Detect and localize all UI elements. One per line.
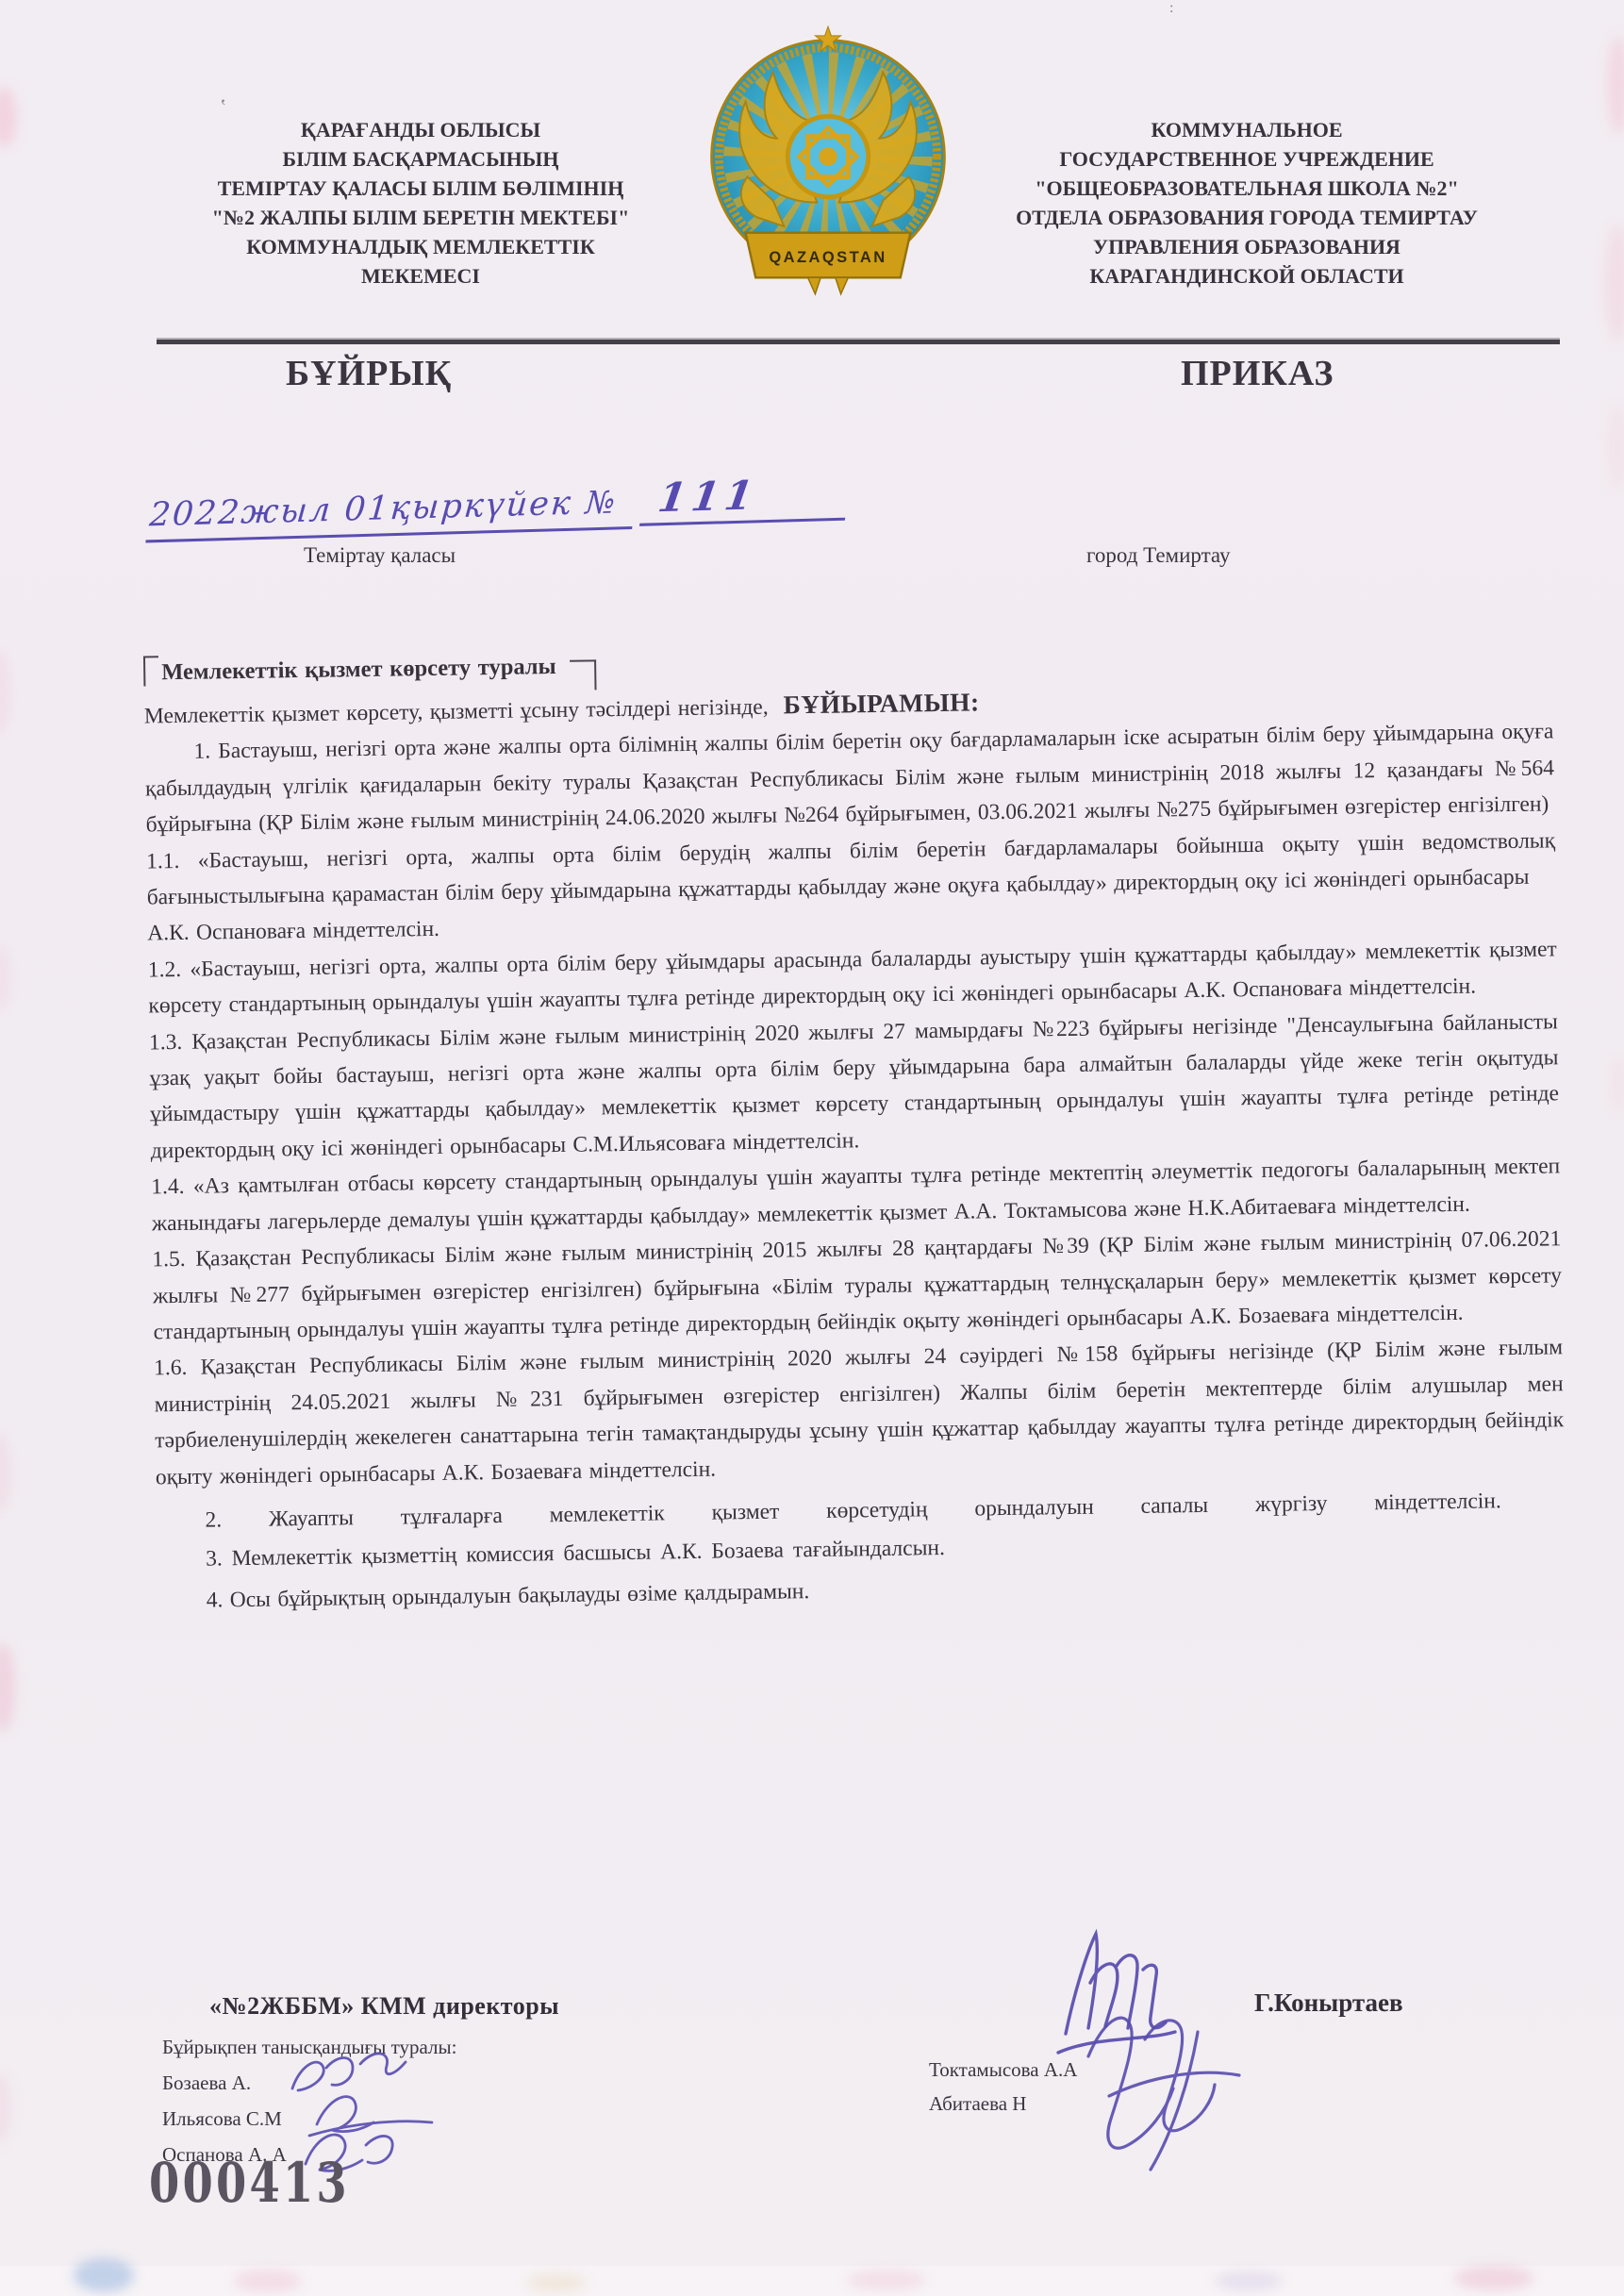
order-subject-text: Мемлекеттік қызмет көрсету туралы — [161, 654, 556, 685]
place-kazakh: Теміртау қаласы — [304, 543, 456, 568]
scan-artifact — [1607, 404, 1624, 491]
proofreading-mark-left — [143, 656, 158, 686]
resolve-word: БҰЙЫРАМЫН: — [783, 687, 980, 719]
ack-name: Ильясова С.М — [162, 2107, 282, 2131]
handwritten-order-number: 111 — [639, 470, 853, 526]
org-name-kk-line: "№2 ЖАЛПЫ БІЛІМ БЕРЕТІН МЕКТЕБІ" — [141, 203, 700, 232]
scan-speck: : — [1169, 0, 1173, 17]
org-name-ru-line: "ОБЩЕОБРАЗОВАТЕЛЬНАЯ ШКОЛА №2" — [941, 174, 1552, 203]
director-name: Г.Коныртаев — [1254, 1988, 1403, 2018]
date-text: 2022жыл 01қыркүйек — [148, 485, 573, 535]
scan-artifact — [0, 943, 11, 1011]
scan-artifact — [1607, 36, 1624, 134]
scan-artifact — [0, 87, 17, 147]
emblem-caption: QAZAQSTAN — [769, 249, 887, 266]
scanned-document-page: ҚАРАҒАНДЫ ОБЛЫСЫ БІЛІМ БАСҚАРМАСЫНЫҢ ТЕМ… — [0, 0, 1624, 2296]
org-name-kk-line: БІЛІМ БАСҚАРМАСЫНЫҢ — [141, 144, 700, 174]
org-name-ru-line: ГОСУДАРСТВЕННОЕ УЧРЕЖДЕНИЕ — [941, 144, 1552, 174]
scan-edge-band — [0, 2266, 1624, 2296]
order-paragraph: 1. Бастауыш, негізгі орта және жалпы орт… — [144, 714, 1555, 843]
order-paragraph: 1.5. Қазақстан Республикасы Білім және ғ… — [152, 1221, 1563, 1350]
ack-signature-right — [1054, 1998, 1281, 2177]
org-name-kk-line: ҚАРАҒАНДЫ ОБЛЫСЫ — [141, 115, 700, 144]
order-paragraph: 1.6. Қазақстан Республикасы Білім және ғ… — [154, 1330, 1565, 1496]
org-name-kk-line: ТЕМІРТАУ ҚАЛАСЫ БІЛІМ БӨЛІМІНІҢ — [141, 174, 700, 203]
proofreading-mark-right — [570, 659, 596, 690]
org-name-ru-line: КАРАГАНДИНСКОЙ ОБЛАСТИ — [941, 261, 1552, 291]
org-name-ru-line: УПРАВЛЕНИЯ ОБРАЗОВАНИЯ — [941, 232, 1552, 261]
org-name-kk-line: МЕКЕМЕСІ — [141, 261, 700, 291]
director-signature — [1045, 1922, 1234, 2121]
scan-artifact — [0, 1434, 11, 1513]
form-number-stamp: 000413 — [149, 2151, 350, 2215]
number-sign: № — [584, 483, 618, 521]
org-name-ru-line: КОММУНАЛЬНОЕ — [941, 115, 1552, 144]
ack-label: Бұйрықпен танысқандығы туралы: — [162, 2036, 456, 2059]
org-name-russian: КОММУНАЛЬНОЕ ГОСУДАРСТВЕННОЕ УЧРЕЖДЕНИЕ … — [941, 115, 1552, 291]
header-divider-line — [157, 340, 1560, 344]
document-title-russian: ПРИКАЗ — [1181, 353, 1334, 394]
order-paragraph: 1.3. Қазақстан Республикасы Білім және ғ… — [149, 1004, 1560, 1170]
org-name-ru-line: ОТДЕЛА ОБРАЗОВАНИЯ ГОРОДА ТЕМИРТАУ — [941, 203, 1552, 232]
director-position-label: «№2ЖББМ» КММ директоры — [209, 1992, 559, 2021]
place-russian: город Темиртау — [1086, 543, 1230, 568]
scan-artifact — [0, 1643, 15, 1732]
scan-artifact — [1605, 225, 1624, 341]
kazakhstan-emblem-icon: QAZAQSTAN — [700, 19, 956, 298]
preamble-text: Мемлекеттік қызмет көрсету, қызметті ұсы… — [144, 695, 769, 729]
org-name-kazakh: ҚАРАҒАНДЫ ОБЛЫСЫ БІЛІМ БАСҚАРМАСЫНЫҢ ТЕМ… — [141, 115, 700, 291]
document-title-kazakh: БҰЙРЫҚ — [286, 353, 452, 394]
order-body: Мемлекеттік қызмет көрсету туралы Мемлек… — [143, 634, 1566, 1619]
scan-speck: ‛ — [220, 94, 226, 119]
scan-artifact — [0, 2073, 11, 2143]
ack-name: Токтамысова А.А — [929, 2058, 1077, 2082]
ack-signature-ilyassova — [300, 2087, 441, 2141]
ack-name: Абитаева Н — [929, 2092, 1026, 2116]
scan-artifact — [1609, 1055, 1624, 1115]
handwritten-dateline: 2022жыл 01қыркүйек№111 — [146, 470, 849, 543]
org-name-kk-line: КОММУНАЛДЫҚ МЕМЛЕКЕТТІК — [141, 232, 700, 261]
scan-artifact — [0, 649, 11, 736]
ack-name: Бозаева А. — [162, 2071, 251, 2095]
handwritten-date: 2022жыл 01қыркүйек№ — [145, 483, 635, 543]
